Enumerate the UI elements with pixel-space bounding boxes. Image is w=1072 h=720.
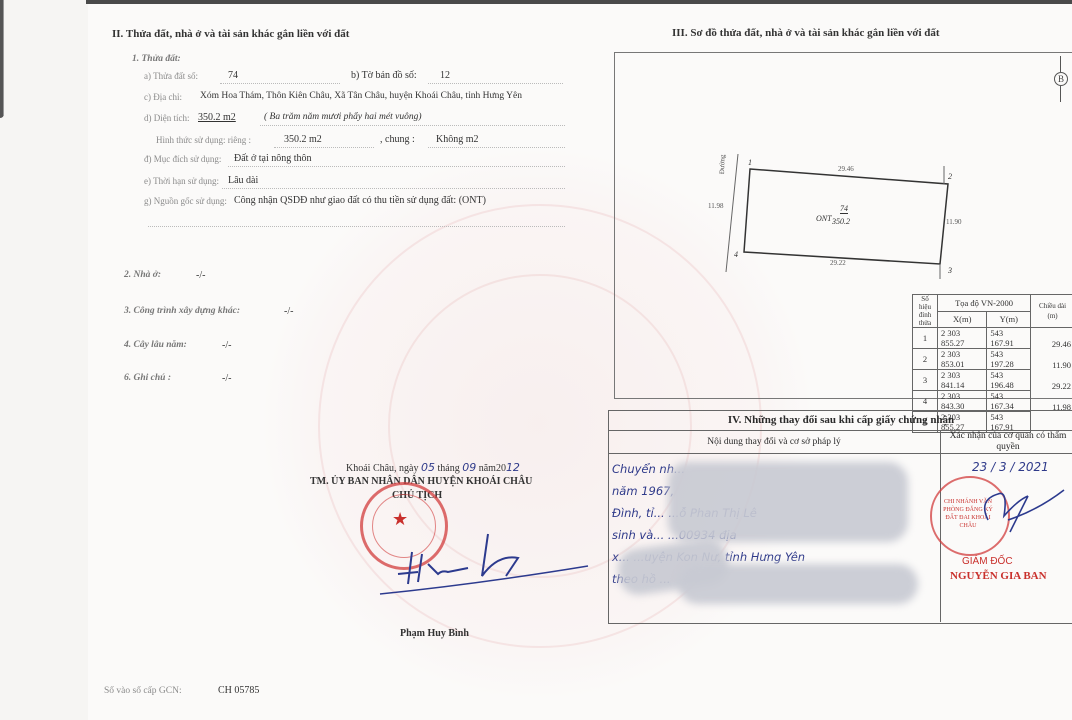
col-x-header: X(m) (938, 311, 987, 328)
signer-name: Phạm Huy Bình (400, 628, 469, 639)
registry-value: CH 05785 (218, 685, 259, 696)
x-cell: 2 303 843.30 (938, 391, 987, 412)
term-label: e) Thời hạn sử dụng: (144, 176, 219, 186)
place-date: Khoái Châu, ngày 05 tháng 09 năm2012 (346, 461, 520, 474)
section-3-title: III. Sơ đồ thửa đất, nhà ở và tài sản kh… (672, 27, 940, 39)
address-value: Xóm Hoa Thám, Thôn Kiên Châu, Xã Tân Châ… (200, 91, 522, 101)
origin-label: g) Nguồn gốc sử dụng: (144, 196, 227, 206)
vertex-cell: 1 (913, 328, 938, 349)
col-coord-group-header: Tọa độ VN-2000 (938, 295, 1031, 312)
coord-row: 12 303 855.27543 167.9129.46 (913, 328, 1072, 349)
registry-label: Số vào sổ cấp GCN: (104, 686, 182, 696)
edge-bottom-length: 29.22 (830, 259, 846, 267)
origin-value: Công nhận QSDĐ như giao đất có thu tiền … (234, 195, 486, 206)
y-cell: 543 167.91 (987, 328, 1031, 349)
privacy-redaction (678, 564, 918, 604)
other-construction-label: 3. Công trình xây dựng khác: (124, 306, 240, 316)
edge-left-length: 11.98 (708, 202, 724, 210)
diagram-parcel-number: 74 (840, 204, 848, 214)
purpose-value: Đất ở tại nông thôn (234, 153, 312, 164)
section-2-title: II. Thửa đất, nhà ở và tài sản khác gắn … (112, 28, 349, 40)
perennial-tree-value: -/- (222, 340, 231, 351)
vertex-cell: 2 (913, 349, 938, 370)
term-value: Lâu dài (228, 175, 258, 186)
other-construction-value: -/- (284, 306, 293, 317)
map-sheet-value: 12 (440, 70, 450, 81)
y-cell: 543 167.34 (987, 391, 1031, 412)
y-cell: 543 197.28 (987, 349, 1031, 370)
land-code: ONT (816, 214, 832, 223)
col-vertex-header: Số hiệu đỉnh thửa (913, 295, 938, 328)
north-arrow-icon: B (1054, 56, 1068, 102)
chairman-signature (378, 524, 598, 604)
house-label: 2. Nhà ở: (124, 270, 161, 280)
area-label: d) Diện tích: (144, 113, 190, 123)
address-label: c) Địa chỉ: (144, 92, 182, 102)
vertex-4: 4 (734, 250, 738, 259)
length-cell: 11.90 (1031, 355, 1072, 376)
diagram-area: 350.2 (832, 217, 850, 226)
usage-private-value: 350.2 m2 (284, 134, 322, 145)
purpose-label: đ) Mục đích sử dụng: (144, 154, 221, 164)
notes-label: 6. Ghi chú : (124, 373, 171, 383)
confirm-name: NGUYỄN GIA BAN (950, 570, 1047, 582)
confirm-title: GIÁM ĐỐC (962, 556, 1013, 567)
vertex-3: 3 (948, 266, 952, 275)
col-confirm-header: Xác nhận của cơ quan có thẩm quyền (940, 431, 1072, 454)
y-cell: 543 196.48 (987, 370, 1031, 391)
road-label: Đường (718, 154, 727, 174)
usage-form-label: Hình thức sử dụng: riêng : (156, 135, 251, 145)
section-4-title: IV. Những thay đổi sau khi cấp giấy chứn… (608, 410, 1072, 431)
x-cell: 2 303 855.27 (938, 328, 987, 349)
house-value: -/- (196, 270, 205, 281)
vertex-cell: 4 (913, 391, 938, 412)
col-y-header: Y(m) (987, 311, 1031, 328)
vertex-1: 1 (748, 158, 752, 167)
area-words: ( Ba trăm năm mươi phẩy hai mét vuông) (264, 112, 421, 122)
col-content-header: Nội dung thay đổi và cơ sở pháp lý (608, 431, 940, 454)
area-value: 350.2 m2 (198, 112, 236, 123)
land-heading: 1. Thửa đất: (132, 54, 181, 64)
vertex-cell: 3 (913, 370, 938, 391)
certificate-document: II. Thửa đất, nhà ở và tài sản khác gắn … (88, 4, 1072, 720)
confirm-date: 23 / 3 / 2021 (972, 460, 1049, 474)
parcel-label: a) Thửa đất số: (144, 71, 198, 81)
privacy-redaction (668, 462, 908, 542)
parcel-value: 74 (228, 70, 238, 81)
window-edge-tab (0, 0, 4, 118)
x-cell: 2 303 841.14 (938, 370, 987, 391)
edge-top-length: 29.46 (838, 165, 854, 173)
length-cell: 29.46 (1031, 334, 1072, 355)
length-cell: 29.22 (1031, 376, 1072, 397)
usage-shared-value: Không m2 (436, 134, 479, 145)
notes-value: -/- (222, 373, 231, 384)
vertex-2: 2 (948, 172, 952, 181)
col-length-header: Chiều dài (m) (1031, 295, 1072, 328)
perennial-tree-label: 4. Cây lâu năm: (124, 340, 187, 350)
edge-right-length: 11.90 (946, 218, 962, 226)
x-cell: 2 303 853.01 (938, 349, 987, 370)
usage-shared-label: , chung : (380, 134, 415, 145)
director-signature (968, 480, 1068, 540)
map-sheet-label: b) Tờ bản đồ số: (351, 70, 417, 81)
